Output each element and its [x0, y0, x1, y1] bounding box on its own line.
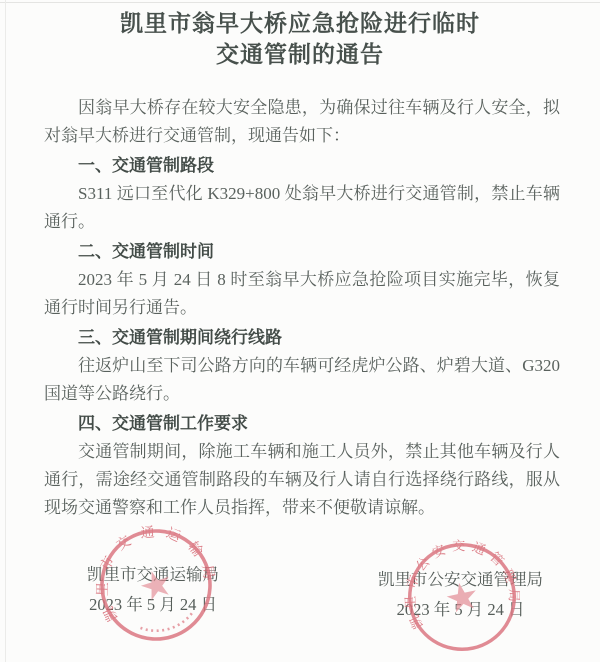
- section-4-heading: 四、交通管制工作要求: [44, 410, 560, 438]
- scan-edge-left: [5, 0, 6, 662]
- document-body: 因翁早大桥存在较大安全隐患，为确保过往车辆及行人安全，拟对翁早大桥进行交通管制，…: [0, 94, 600, 522]
- signature-org-police: 凯里市公安交通管理局: [358, 565, 563, 595]
- scanned-notice-document: 凯里市翁早大桥应急抢险进行临时 交通管制的通告 因翁早大桥存在较大安全隐患，为确…: [0, 0, 600, 662]
- signature-traffic-police-bureau: 凯里市公安交通管理局 2023 年 5 月 24 日: [358, 565, 563, 625]
- document-title: 凯里市翁早大桥应急抢险进行临时 交通管制的通告: [30, 8, 570, 70]
- section-3-heading: 三、交通管制期间绕行线路: [44, 324, 560, 352]
- section-1-heading: 一、交通管制路段: [44, 152, 560, 180]
- section-4-body: 交通管制期间，除施工车辆和施工人员外，禁止其他车辆及行人通行，需途经交通管制路段…: [44, 438, 560, 522]
- document-title-line-2: 交通管制的通告: [30, 39, 570, 70]
- intro-paragraph: 因翁早大桥存在较大安全隐患，为确保过往车辆及行人安全，拟对翁早大桥进行交通管制，…: [44, 94, 560, 150]
- scan-edge-top: [0, 2, 600, 3]
- signature-org-transport: 凯里市交通运输局: [58, 560, 248, 590]
- section-3-body: 往返炉山至下司公路方向的车辆可经虎炉公路、炉碧大道、G320 国道等公路绕行。: [44, 352, 560, 408]
- section-2-heading: 二、交通管制时间: [44, 238, 560, 266]
- signature-date-transport: 2023 年 5 月 24 日: [58, 590, 248, 620]
- section-2-body: 2023 年 5 月 24 日 8 时至翁早大桥应急抢险项目实施完毕，恢复通行时…: [44, 266, 560, 322]
- document-title-line-1: 凯里市翁早大桥应急抢险进行临时: [30, 8, 570, 39]
- signature-date-police: 2023 年 5 月 24 日: [358, 595, 563, 625]
- section-1-body: S311 远口至代化 K329+800 处翁早大桥进行交通管制，禁止车辆通行。: [44, 180, 560, 236]
- signature-transport-bureau: 凯里市交通运输局 2023 年 5 月 24 日: [58, 560, 248, 620]
